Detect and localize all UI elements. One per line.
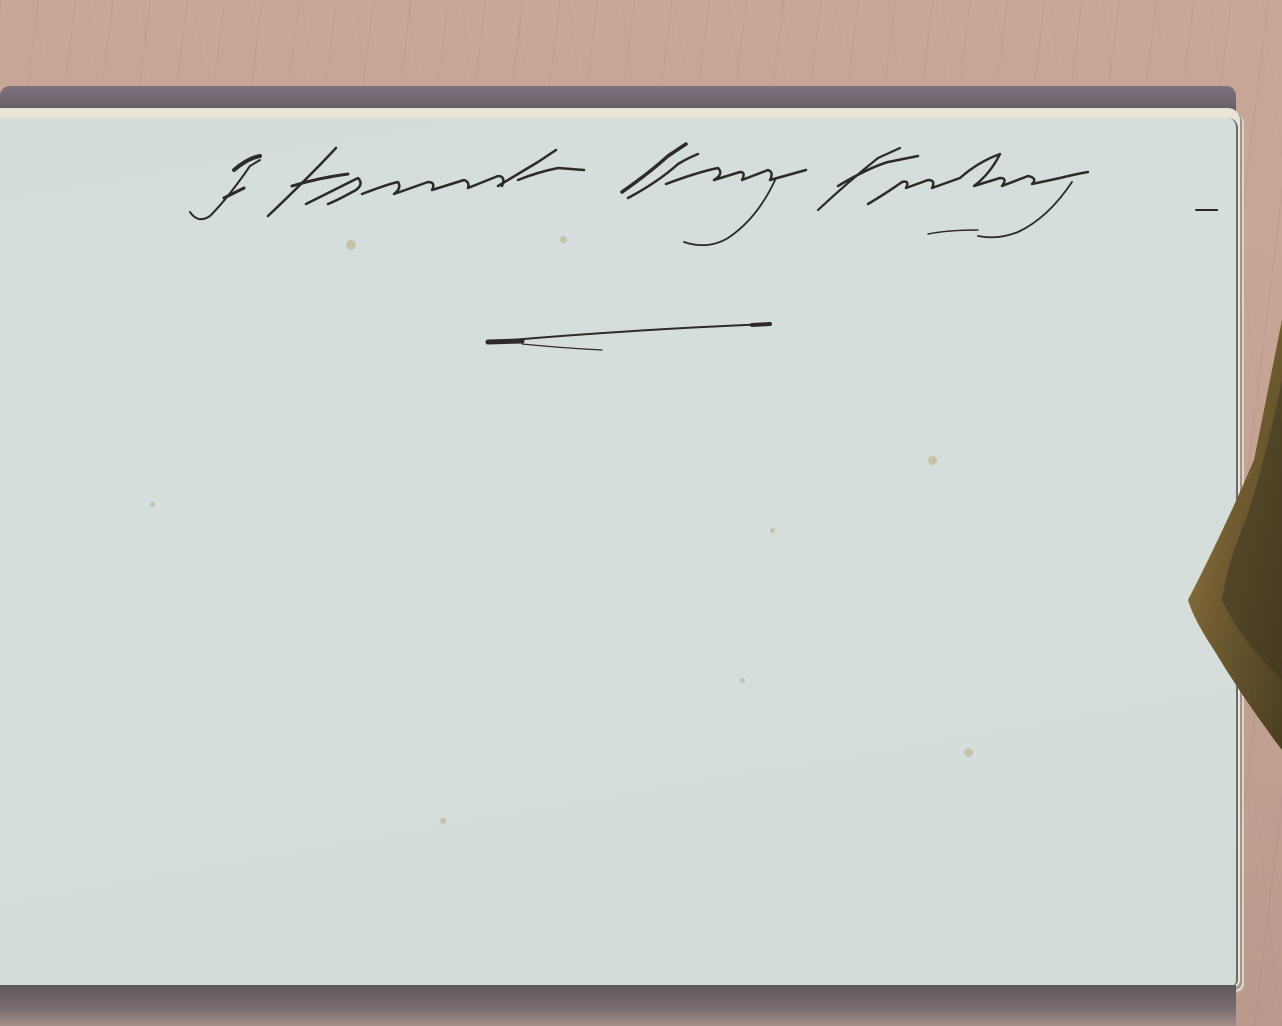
foxing-spot xyxy=(928,456,937,465)
handwritten-inscription: I Friendo Mary Horley xyxy=(188,138,1218,258)
inscription-strokes xyxy=(188,138,1218,258)
foxing-spot xyxy=(740,678,745,683)
foxing-spot xyxy=(150,502,155,507)
foxing-spot xyxy=(770,528,775,533)
album-bottom-edge xyxy=(0,985,1236,1026)
foxing-spot xyxy=(440,818,446,824)
pen-flourish-underline xyxy=(482,318,782,358)
foxing-spot xyxy=(964,748,973,757)
brass-clasp xyxy=(1184,320,1282,750)
